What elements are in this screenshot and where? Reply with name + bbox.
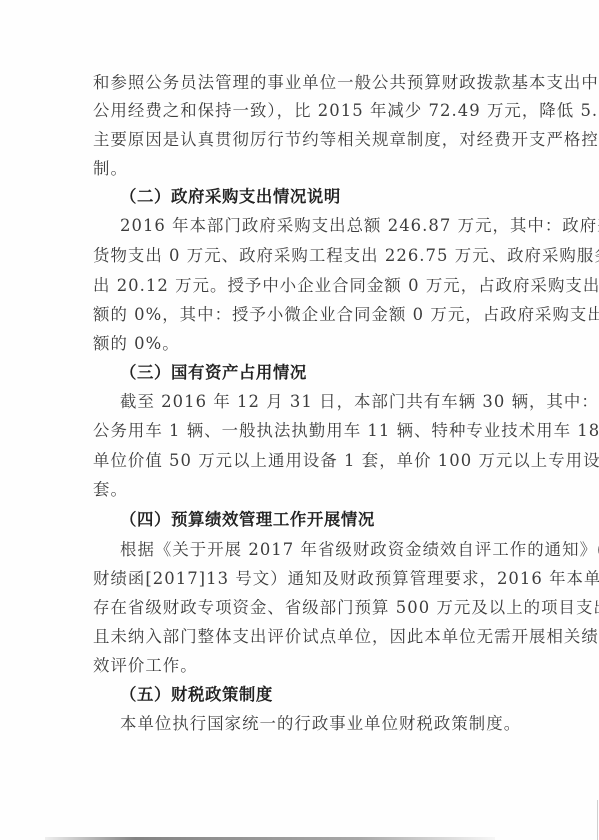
paragraph-line: 根据《关于开展 2017 年省级财政资金绩效自评工作的通知》(粤	[120, 535, 513, 564]
paragraph-line: 财绩函[2017]13 号文）通知及财政预算管理要求，2016 年本单位不	[93, 564, 513, 593]
paragraph-line: 货物支出 0 万元、政府采购工程支出 226.75 万元、政府采购服务支	[93, 241, 513, 270]
paragraph-line: 套。	[93, 475, 513, 504]
paragraph-line: 效评价工作。	[93, 651, 513, 680]
paragraph-line: 公用经费之和保持一致），比 2015 年减少 72.49 万元，降低 5.89%…	[93, 96, 513, 125]
paragraph-line: 和参照公务员法管理的事业单位一般公共预算财政拨款基本支出中	[93, 68, 513, 97]
paragraph-line: 本单位执行国家统一的行政事业单位财税政策制度。	[120, 709, 513, 738]
section-heading-state-assets: （三）国有资产占用情况	[120, 358, 307, 387]
paragraph-line: 截至 2016 年 12 月 31 日，本部门共有车辆 30 辆，其中：一般	[120, 387, 513, 416]
section-heading-performance-management: （四）预算绩效管理工作开展情况	[120, 505, 375, 534]
paragraph-line: 额的 0%。	[93, 329, 513, 358]
paragraph-line: 单位价值 50 万元以上通用设备 1 套，单价 100 万元以上专用设备 2	[93, 446, 513, 475]
paragraph-line: 且未纳入部门整体支出评价试点单位，因此本单位无需开展相关绩	[93, 622, 513, 651]
section-heading-fiscal-tax-policy: （五）财税政策制度	[120, 680, 273, 709]
paragraph-line: 公务用车 1 辆、一般执法执勤用车 11 辆、特种专业技术用车 18 辆；	[93, 416, 513, 445]
scanned-document-page: 和参照公务员法管理的事业单位一般公共预算财政拨款基本支出中 公用经费之和保持一致…	[0, 0, 599, 840]
scan-right-edge-shadow	[597, 800, 598, 840]
paragraph-line: 额的 0%，其中：授予小微企业合同金额 0 万元，占政府采购支出总	[93, 300, 513, 329]
paragraph-line: 存在省级财政专项资金、省级部门预算 500 万元及以上的项目支出，	[93, 593, 513, 622]
section-heading-government-procurement: （二）政府采购支出情况说明	[120, 182, 341, 211]
paragraph-line: 出 20.12 万元。授予中小企业合同金额 0 万元，占政府采购支出总	[93, 271, 513, 300]
paragraph-line: 2016 年本部门政府采购支出总额 246.87 万元，其中：政府采购	[120, 211, 513, 240]
paragraph-line: 制。	[93, 154, 513, 183]
paragraph-line: 主要原因是认真贯彻厉行节约等相关规章制度，对经费开支严格控	[93, 125, 513, 154]
